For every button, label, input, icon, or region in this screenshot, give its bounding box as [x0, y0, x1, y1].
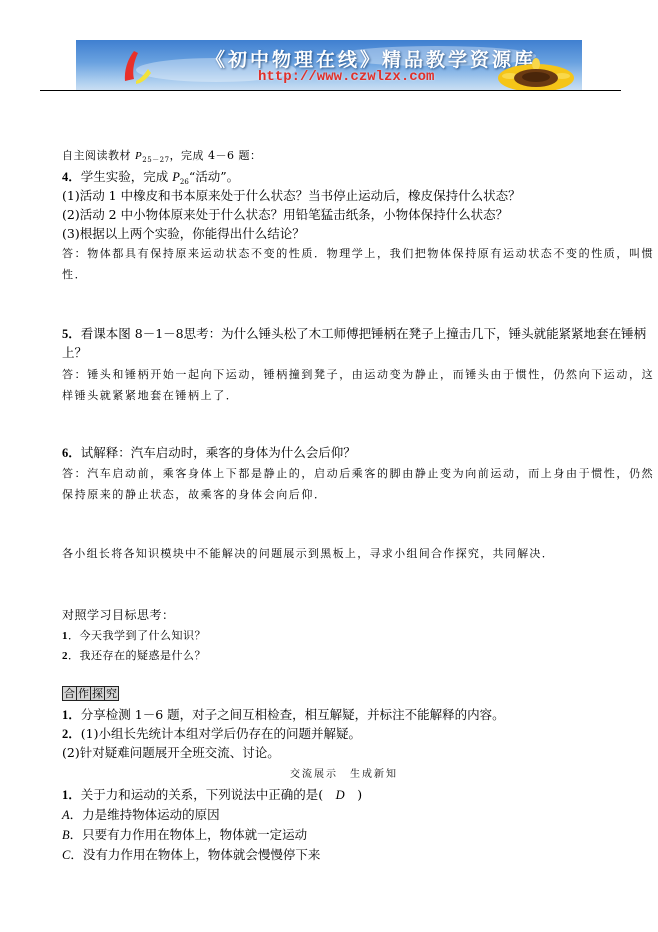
answer-choice: D — [336, 788, 345, 802]
option-a: A．力是维持物体运动的原因 — [62, 805, 220, 823]
exchange-question-1: 1．关于力和运动的关系，下列说法中正确的是( D ) — [62, 785, 362, 803]
question-5-cont: 上？ — [62, 343, 87, 361]
question-4: 4．学生实验，完成 P26“活动”。 — [62, 167, 239, 186]
page-ref: P — [172, 170, 180, 184]
question-6-answer-cont: 保持原来的静止状态，故乘客的身体会向后仰． — [62, 486, 327, 502]
reflection-title: 对照学习目标思考： — [62, 606, 175, 623]
question-number: 6． — [62, 446, 81, 460]
question-6: 6．试解释：汽车启动时，乘客的身体为什么会后仰？ — [62, 443, 356, 461]
question-number: 1． — [62, 788, 81, 802]
banner-url: http://www.czwlzx.com — [258, 69, 434, 85]
page-ref-sub: 26 — [180, 178, 189, 186]
label-char: 作 — [77, 687, 91, 700]
question-text: 看课本图 8－1－8思考：为什么锤头松了木工师傅把锤柄在凳子上撞击几下，锤头就能… — [81, 326, 646, 341]
option-text: ．力是维持物体运动的原因 — [70, 807, 220, 822]
question-4-sub-1: (1)活动 1 中橡皮和书本原来处于什么状态？当书停止运动后，橡皮保持什么状态？ — [62, 186, 521, 204]
option-text: ．没有力作用在物体上，物体就会慢慢停下来 — [70, 847, 320, 862]
reflection-item-1: 1．今天我学到了什么知识？ — [62, 627, 206, 643]
option-b: B．只要有力作用在物体上，物体就一定运动 — [62, 825, 307, 843]
item-number: 1． — [62, 708, 81, 722]
intro-suffix: ，完成 4－6 题： — [170, 149, 262, 162]
reflection-item-2: 2．我还存在的疑惑是什么？ — [62, 647, 206, 663]
item-text: ．今天我学到了什么知识？ — [68, 629, 206, 642]
question-4-sub-2: (2)活动 2 中小物体原来处于什么状态？用铅笔猛击纸条，小物体保持什么状态？ — [62, 205, 508, 223]
exchange-subtitle: 交流展示 生成新知 — [290, 765, 398, 780]
cooperation-item-1: 1．分享检测 1－6 题，对子之间互相检查，相互解疑，并标注不能解释的内容。 — [62, 705, 505, 723]
question-5-answer: 答：锤头和锤柄开始一起向下运动，锤柄撞到凳子，由运动变为静止，而锤头由于惯性，仍… — [62, 366, 654, 382]
item-text: ．我还存在的疑惑是什么？ — [68, 649, 206, 662]
label-char: 探 — [91, 687, 105, 700]
question-text: 关于力和运动的关系，下列说法中正确的是( — [81, 787, 336, 802]
intro-prefix: 自主阅读教材 — [62, 149, 135, 162]
question-close: ) — [345, 787, 362, 802]
group-note: 各小组长将各知识模块中不能解决的问题展示到黑板上，寻求小组间合作探究，共同解决． — [62, 545, 554, 561]
header-banner: 《初中物理在线》精品教学资源库 http://www.czwlzx.com — [76, 40, 582, 90]
question-text-suffix: “活动”。 — [189, 169, 239, 184]
question-text: 学生实验，完成 — [81, 169, 172, 184]
item-text: (1)小组长先统计本组对学后仍存在的问题并解疑。 — [81, 726, 361, 741]
intro-page-sub: 25－27 — [142, 156, 169, 164]
label-char: 究 — [105, 687, 118, 700]
question-4-sub-3: (3)根据以上两个实验，你能得出什么结论？ — [62, 224, 305, 242]
item-number: 2． — [62, 727, 81, 741]
cooperation-item-2: 2．(1)小组长先统计本组对学后仍存在的问题并解疑。 — [62, 724, 361, 742]
question-text: 试解释：汽车启动时，乘客的身体为什么会后仰？ — [81, 445, 356, 460]
question-5-answer-cont: 样锤头就紧紧地套在锤柄上了． — [62, 387, 238, 403]
option-text: ．只要有力作用在物体上，物体就一定运动 — [70, 827, 308, 842]
option-letter: A — [62, 808, 70, 822]
item-text: 分享检测 1－6 题，对子之间互相检查，相互解疑，并标注不能解释的内容。 — [81, 707, 505, 722]
sunflower-icon — [496, 54, 576, 90]
question-6-answer: 答：汽车启动前，乘客身体上下都是静止的，启动后乘客的脚由静止变为向前运动，而上身… — [62, 465, 654, 481]
label-char: 合 — [63, 687, 77, 700]
question-5: 5．看课本图 8－1－8思考：为什么锤头松了木工师傅把锤柄在凳子上撞击几下，锤头… — [62, 324, 646, 342]
site-logo-icon — [120, 49, 154, 85]
question-number: 4． — [62, 170, 81, 184]
question-number: 5． — [62, 327, 81, 341]
header-divider — [40, 90, 621, 91]
cooperation-item-2-sub-2: (2)针对疑难问题展开全班交流、讨论。 — [62, 743, 280, 761]
banner-title: 《初中物理在线》精品教学资源库 — [206, 45, 536, 72]
option-c: C．没有力作用在物体上，物体就会慢慢停下来 — [62, 845, 320, 863]
cooperation-label: 合作探究 — [62, 686, 119, 701]
option-letter: B — [62, 828, 70, 842]
reading-intro: 自主阅读教材 P25－27，完成 4－6 题： — [62, 147, 262, 165]
question-4-answer-cont: 性． — [62, 266, 87, 282]
question-4-answer: 答：物体都具有保持原来运动状态不变的性质．物理学上，我们把物体保持原有运动状态不… — [62, 245, 654, 261]
